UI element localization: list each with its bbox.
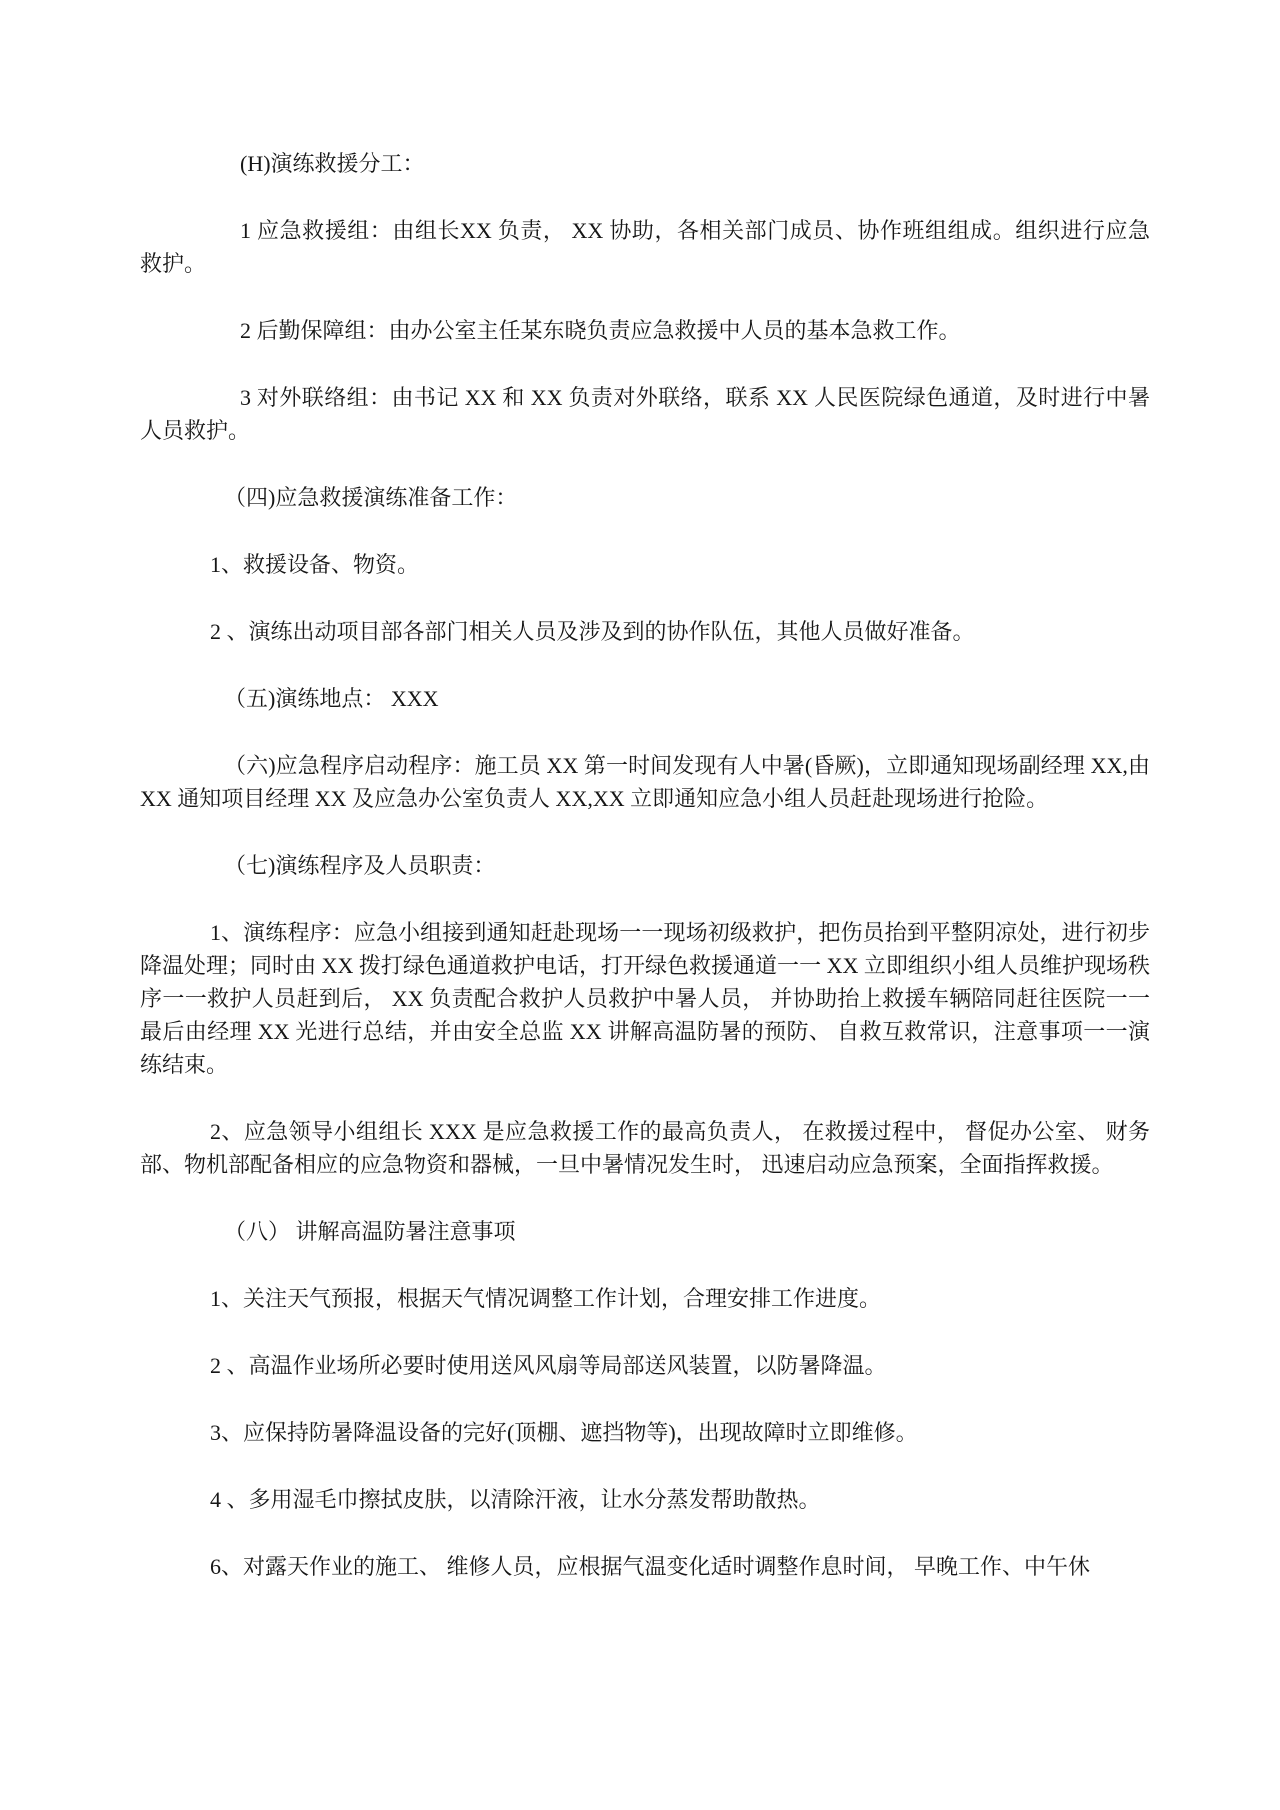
doc-paragraph-equipment-supplies: 1、救援设备、物资。	[140, 548, 1150, 581]
doc-paragraph-outdoor-work-schedule: 6、对露天作业的施工、 维修人员，应根据气温变化适时调整作息时间， 早晚工作、中…	[140, 1550, 1150, 1583]
doc-paragraph-leader-responsibility: 2、应急领导小组组长 XXX 是应急救援工作的最高负责人， 在救援过程中， 督促…	[140, 1115, 1150, 1181]
doc-paragraph-startup-procedure: （六)应急程序启动程序：施工员 XX 第一时间发现有人中暑(昏厥)，立即通知现场…	[140, 749, 1150, 815]
section-heading-preparation: （四)应急救援演练准备工作：	[140, 481, 1150, 514]
doc-paragraph-personnel-preparation: 2 、演练出动项目部各部门相关人员及涉及到的协作队伍，其他人员做好准备。	[140, 615, 1150, 648]
doc-paragraph-liaison-team: 3 对外联络组：由书记 XX 和 XX 负责对外联络，联系 XX 人民医院绿色通…	[140, 381, 1150, 447]
doc-paragraph-logistics-team: 2 后勤保障组：由办公室主任某东晓负责应急救援中人员的基本急救工作。	[140, 314, 1150, 347]
doc-paragraph-emergency-rescue-team: 1 应急救援组：由组长XX 负责， XX 协助，各相关部门成员、协作班组组成。组…	[140, 214, 1150, 280]
document-page: (H)演练救援分工： 1 应急救援组：由组长XX 负责， XX 协助，各相关部门…	[0, 0, 1280, 1810]
doc-paragraph-weather-forecast: 1、关注天气预报，根据天气情况调整工作计划，合理安排工作进度。	[140, 1282, 1150, 1315]
doc-paragraph-ventilation-fans: 2 、高温作业场所必要时使用送风风扇等局部送风装置，以防暑降温。	[140, 1349, 1150, 1382]
doc-paragraph-drill-procedure: 1、演练程序：应急小组接到通知赶赴现场一一现场初级救护，把伤员抬到平整阴凉处，进…	[140, 916, 1150, 1081]
section-heading-heat-precautions: （八） 讲解高温防暑注意事项	[140, 1215, 1150, 1248]
doc-paragraph-wet-towel: 4 、多用湿毛巾擦拭皮肤，以清除汗液，让水分蒸发帮助散热。	[140, 1483, 1150, 1516]
section-heading-drill-procedure-duties: （七)演练程序及人员职责：	[140, 849, 1150, 882]
document-body: (H)演练救援分工： 1 应急救援组：由组长XX 负责， XX 协助，各相关部门…	[140, 147, 1150, 1583]
section-heading-rescue-division: (H)演练救援分工：	[140, 147, 1150, 180]
doc-paragraph-equipment-maintenance: 3、应保持防暑降温设备的完好(顶棚、遮挡物等)，出现故障时立即维修。	[140, 1416, 1150, 1449]
section-heading-drill-location: （五)演练地点： XXX	[140, 682, 1150, 715]
